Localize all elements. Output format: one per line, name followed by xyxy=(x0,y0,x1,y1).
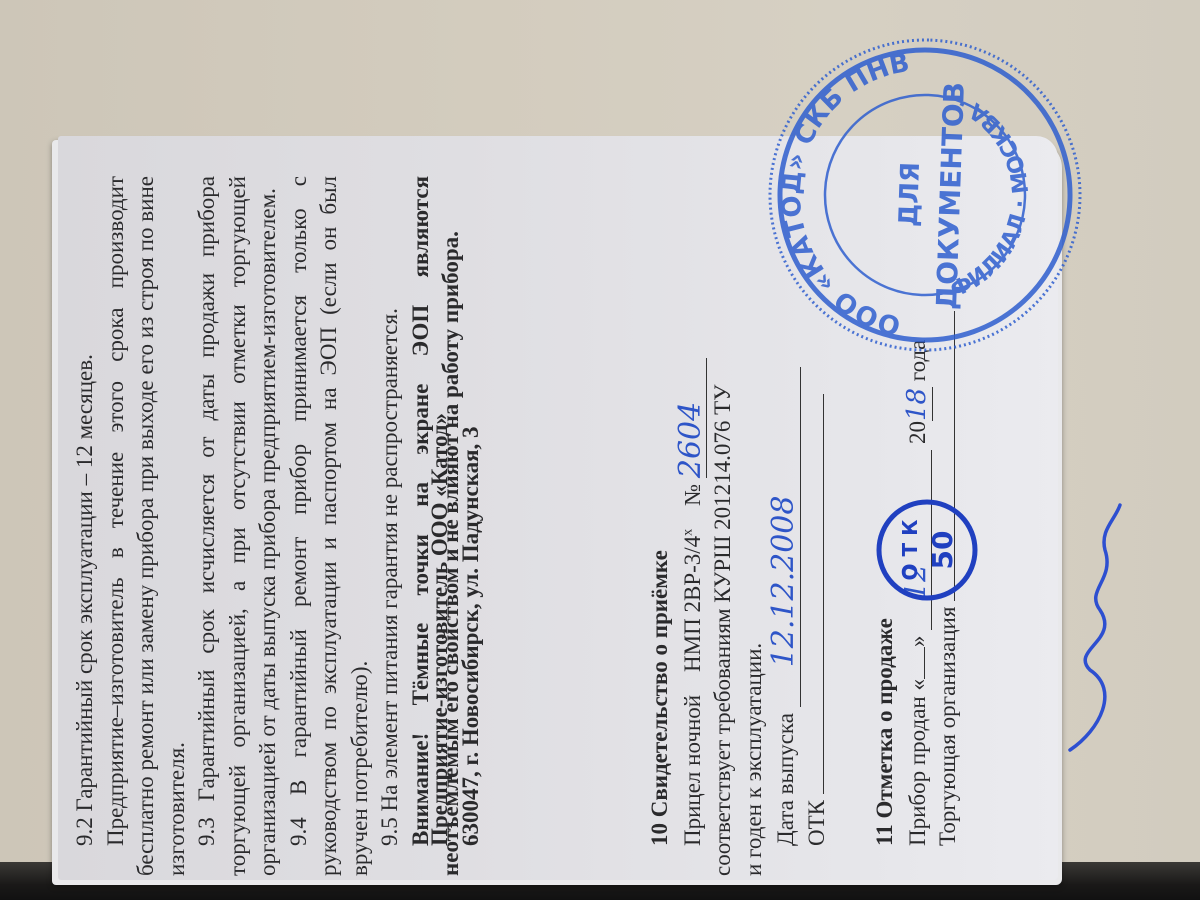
otk-number: 50 xyxy=(926,531,959,570)
warranty-conditions: 9.4 В гарантийный ремонт прибор принимае… xyxy=(284,176,376,876)
otk-stamp: О Т К 50 xyxy=(872,495,982,605)
round-seal-stamp: ООО «КАТОД» СКБ ПНВ ФИЛИАЛ · МОСКВА · ДЛ… xyxy=(754,24,1095,365)
release-date-label: Дата выпуска xyxy=(773,713,798,846)
number-label: № xyxy=(680,484,705,506)
otk-letters: О Т К xyxy=(898,519,922,581)
warranty-term: 9.2 Гарантийный срок эксплуатации – 12 м… xyxy=(70,176,101,876)
manufacturer-block: Предприятие-изготовитель ООО «Катод» 630… xyxy=(425,146,486,876)
acceptance-conformity: соответствует требованиям КУРШ 201214.07… xyxy=(708,176,739,876)
trade-org-label: Торгующая организация xyxy=(935,607,960,846)
sold-prefix: Прибор продан « xyxy=(905,679,930,846)
otk-field xyxy=(823,394,824,794)
release-date-field: 12.12.2008 xyxy=(769,367,801,707)
seal-outer-text: ООО «КАТОД» СКБ ПНВ xyxy=(772,44,913,341)
serial-number-field: 2604 xyxy=(676,358,708,478)
manufacturer-address: 630047, г. Новосибирск, ул. Падунская, 3 xyxy=(456,146,487,846)
sold-year-prefix: 20 xyxy=(905,421,930,444)
acceptance-title: 10 Свидетельство о приёмке xyxy=(645,176,676,876)
warranty-section: 9.2 Гарантийный срок эксплуатации – 12 м… xyxy=(70,176,467,876)
sold-quote-close: » xyxy=(905,636,930,648)
product-prefix: Прицел ночной xyxy=(680,695,705,846)
product-model: НМП 2ВР-3/4 xyxy=(680,536,705,672)
warranty-repair: Предприятие–изготовитель в течение этого… xyxy=(101,176,193,876)
signature-mark xyxy=(1060,500,1140,760)
manufacturer-name: Предприятие-изготовитель ООО «Катод» xyxy=(425,146,456,846)
acceptance-product: Прицел ночной НМП 2ВР-3/4х № 2604 xyxy=(676,176,709,876)
sold-day-field xyxy=(924,647,925,679)
seal-center-line1: ДЛЯ xyxy=(894,162,926,228)
model-superscript: х xyxy=(680,529,695,536)
warranty-start: 9.3 Гарантийный срок исчисляется от даты… xyxy=(192,176,284,876)
sold-year-field: 18 xyxy=(902,387,934,421)
warranty-battery: 9.5 На элемент питания гарантия не распр… xyxy=(375,176,406,876)
otk-label: ОТК xyxy=(804,800,829,846)
